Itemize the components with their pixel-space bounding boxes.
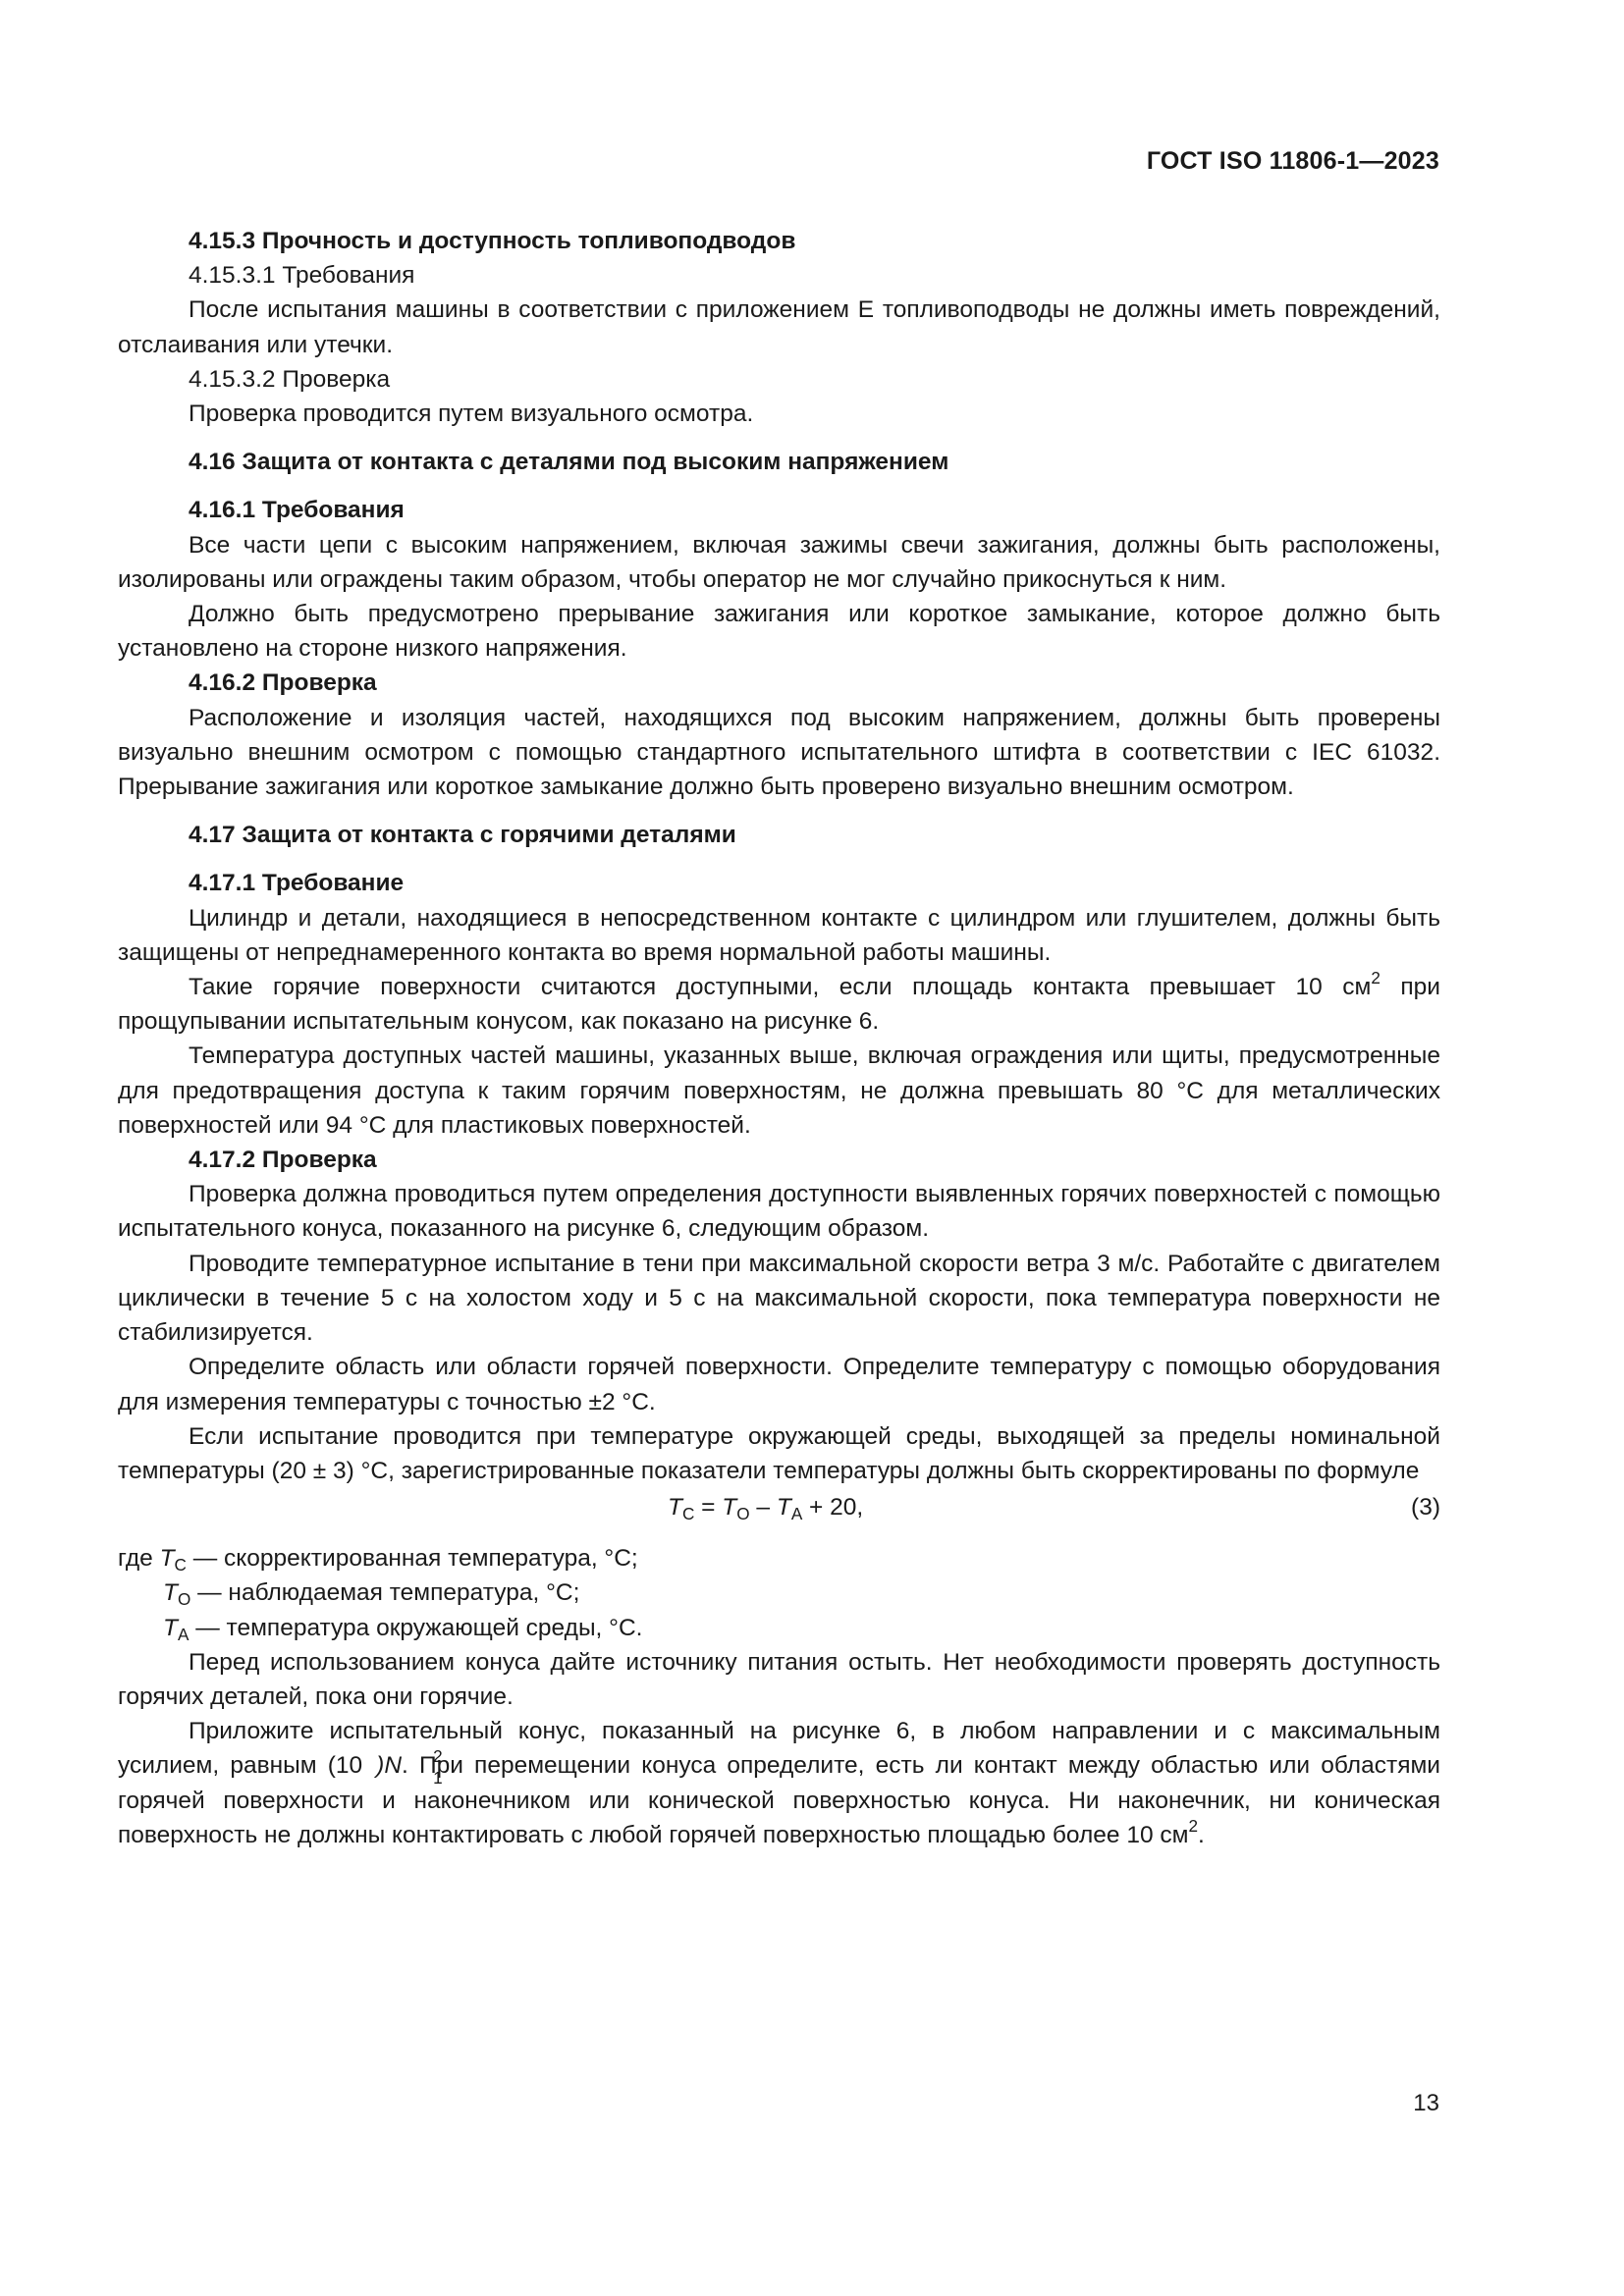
paragraph: Определите область или области горячей п… xyxy=(118,1350,1440,1418)
section-heading-4-15-3: 4.15.3 Прочность и доступность топливопо… xyxy=(118,224,1440,258)
section-heading-4-17: 4.17 Защита от контакта с горячими детал… xyxy=(118,818,1440,852)
document-body: 4.15.3 Прочность и доступность топливопо… xyxy=(118,224,1440,1852)
subsection-heading-4-17-1: 4.17.1 Требование xyxy=(118,866,1440,900)
paragraph: Температура доступных частей машины, ука… xyxy=(118,1039,1440,1143)
paragraph: Такие горячие поверхности считаются дост… xyxy=(118,970,1440,1039)
paragraph: Проводите температурное испытание в тени… xyxy=(118,1247,1440,1351)
paragraph: После испытания машины в соответствии с … xyxy=(118,293,1440,361)
subsection-heading-4-15-3-1: 4.15.3.1 Требования xyxy=(118,258,1440,293)
legend-item: TO — наблюдаемая температура, °C; xyxy=(118,1575,1440,1610)
paragraph: Приложите испытательный конус, показанны… xyxy=(118,1714,1440,1852)
paragraph: Все части цепи с высоким напряжением, вк… xyxy=(118,528,1440,597)
formula-3: TC = TO – TA + 20, (3) xyxy=(118,1488,1440,1533)
tolerance-notation: 21 xyxy=(362,1749,376,1774)
subsection-heading-4-16-1: 4.16.1 Требования xyxy=(118,493,1440,527)
paragraph: Если испытание проводится при температур… xyxy=(118,1419,1440,1488)
document-code-header: ГОСТ ISO 11806-1—2023 xyxy=(1147,147,1439,176)
subsection-heading-4-17-2: 4.17.2 Проверка xyxy=(118,1143,1440,1177)
paragraph: Перед использованием конуса дайте источн… xyxy=(118,1645,1440,1714)
legend-item: где TC — скорректированная температура, … xyxy=(118,1541,1440,1575)
paragraph: Должно быть предусмотрено прерывание заж… xyxy=(118,597,1440,666)
legend-item: TA — температура окружающей среды, °C. xyxy=(118,1611,1440,1645)
page-number: 13 xyxy=(1413,2090,1439,2117)
paragraph: Проверка проводится путем визуального ос… xyxy=(118,397,1440,431)
equation-number: (3) xyxy=(1411,1490,1440,1524)
formula-expression: TC = TO – TA + 20, xyxy=(668,1490,863,1524)
subsection-heading-4-15-3-2: 4.15.3.2 Проверка xyxy=(118,362,1440,397)
paragraph: Расположение и изоляция частей, находящи… xyxy=(118,701,1440,805)
formula-legend: где TC — скорректированная температура, … xyxy=(118,1541,1440,1645)
subsection-heading-4-16-2: 4.16.2 Проверка xyxy=(118,666,1440,700)
paragraph: Цилиндр и детали, находящиеся в непосред… xyxy=(118,901,1440,970)
section-heading-4-16: 4.16 Защита от контакта с деталями под в… xyxy=(118,445,1440,479)
paragraph: Проверка должна проводиться путем опреде… xyxy=(118,1177,1440,1246)
